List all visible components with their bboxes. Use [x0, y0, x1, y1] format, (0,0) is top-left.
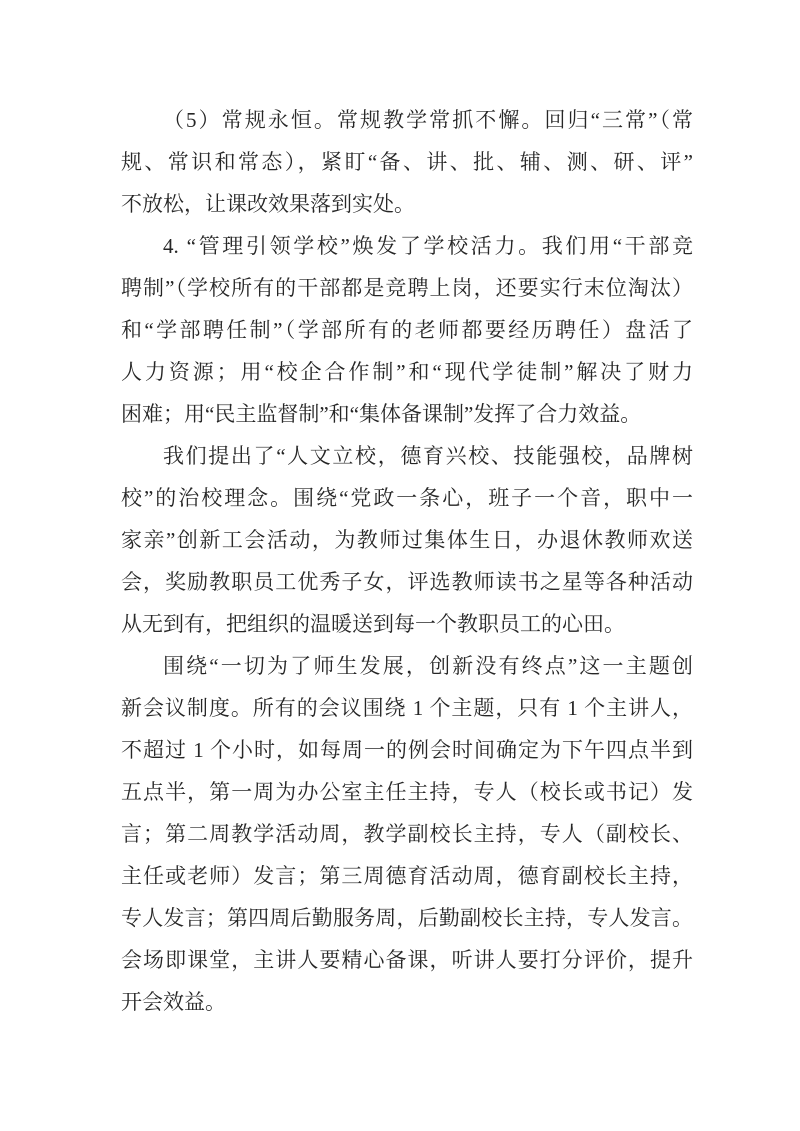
text-line: 会，奖励教职员工优秀子女，评选教师读书之星等各种活动 — [121, 561, 693, 603]
text-line: 困难；用“民主监督制”和“集体备课制”发挥了合力效益。 — [121, 393, 693, 435]
text-line: 主任或老师）发言；第三周德育活动周，德育副校长主持， — [121, 855, 693, 897]
text-line: 4. “管理引领学校”焕发了学校活力。我们用“干部竞 — [121, 225, 693, 267]
text-line: 不超过 1 个小时，如每周一的例会时间确定为下午四点半到 — [121, 729, 693, 771]
text-line: 从无到有，把组织的温暖送到每一个教职员工的心田。 — [121, 603, 693, 645]
document-page: （5）常规永恒。常规教学常抓不懈。回归“三常”（常 规、常识和常态），紧盯“备、… — [0, 0, 800, 1131]
text-line: 不放松，让课改效果落到实处。 — [121, 183, 693, 225]
paragraph: 围绕“一切为了师生发展，创新没有终点”这一主题创 新会议制度。所有的会议围绕 1… — [121, 645, 693, 1023]
text-line: 人力资源；用“校企合作制”和“现代学徒制”解决了财力 — [121, 351, 693, 393]
text-line: 规、常识和常态），紧盯“备、讲、批、辅、测、研、评” — [121, 141, 693, 183]
document-body: （5）常规永恒。常规教学常抓不懈。回归“三常”（常 规、常识和常态），紧盯“备、… — [121, 99, 693, 1023]
text-line: 言；第二周教学活动周，教学副校长主持，专人（副校长、 — [121, 813, 693, 855]
paragraph: 4. “管理引领学校”焕发了学校活力。我们用“干部竞 聘制”（学校所有的干部都是… — [121, 225, 693, 435]
text-line: 新会议制度。所有的会议围绕 1 个主题，只有 1 个主讲人， — [121, 687, 693, 729]
text-line: 和“学部聘任制”（学部所有的老师都要经历聘任）盘活了 — [121, 309, 693, 351]
text-line: 家亲”创新工会活动，为教师过集体生日，办退休教师欢送 — [121, 519, 693, 561]
text-line: 五点半，第一周为办公室主任主持，专人（校长或书记）发 — [121, 771, 693, 813]
text-line: 会场即课堂，主讲人要精心备课，听讲人要打分评价，提升 — [121, 939, 693, 981]
text-line: （5）常规永恒。常规教学常抓不懈。回归“三常”（常 — [121, 99, 693, 141]
paragraph: （5）常规永恒。常规教学常抓不懈。回归“三常”（常 规、常识和常态），紧盯“备、… — [121, 99, 693, 225]
text-line: 聘制”（学校所有的干部都是竞聘上岗，还要实行末位淘汰） — [121, 267, 693, 309]
text-line: 校”的治校理念。围绕“党政一条心，班子一个音，职中一 — [121, 477, 693, 519]
text-line: 专人发言；第四周后勤服务周，后勤副校长主持，专人发言。 — [121, 897, 693, 939]
paragraph: 我们提出了“人文立校，德育兴校、技能强校，品牌树 校”的治校理念。围绕“党政一条… — [121, 435, 693, 645]
text-line: 围绕“一切为了师生发展，创新没有终点”这一主题创 — [121, 645, 693, 687]
text-line: 我们提出了“人文立校，德育兴校、技能强校，品牌树 — [121, 435, 693, 477]
text-line: 开会效益。 — [121, 981, 693, 1023]
